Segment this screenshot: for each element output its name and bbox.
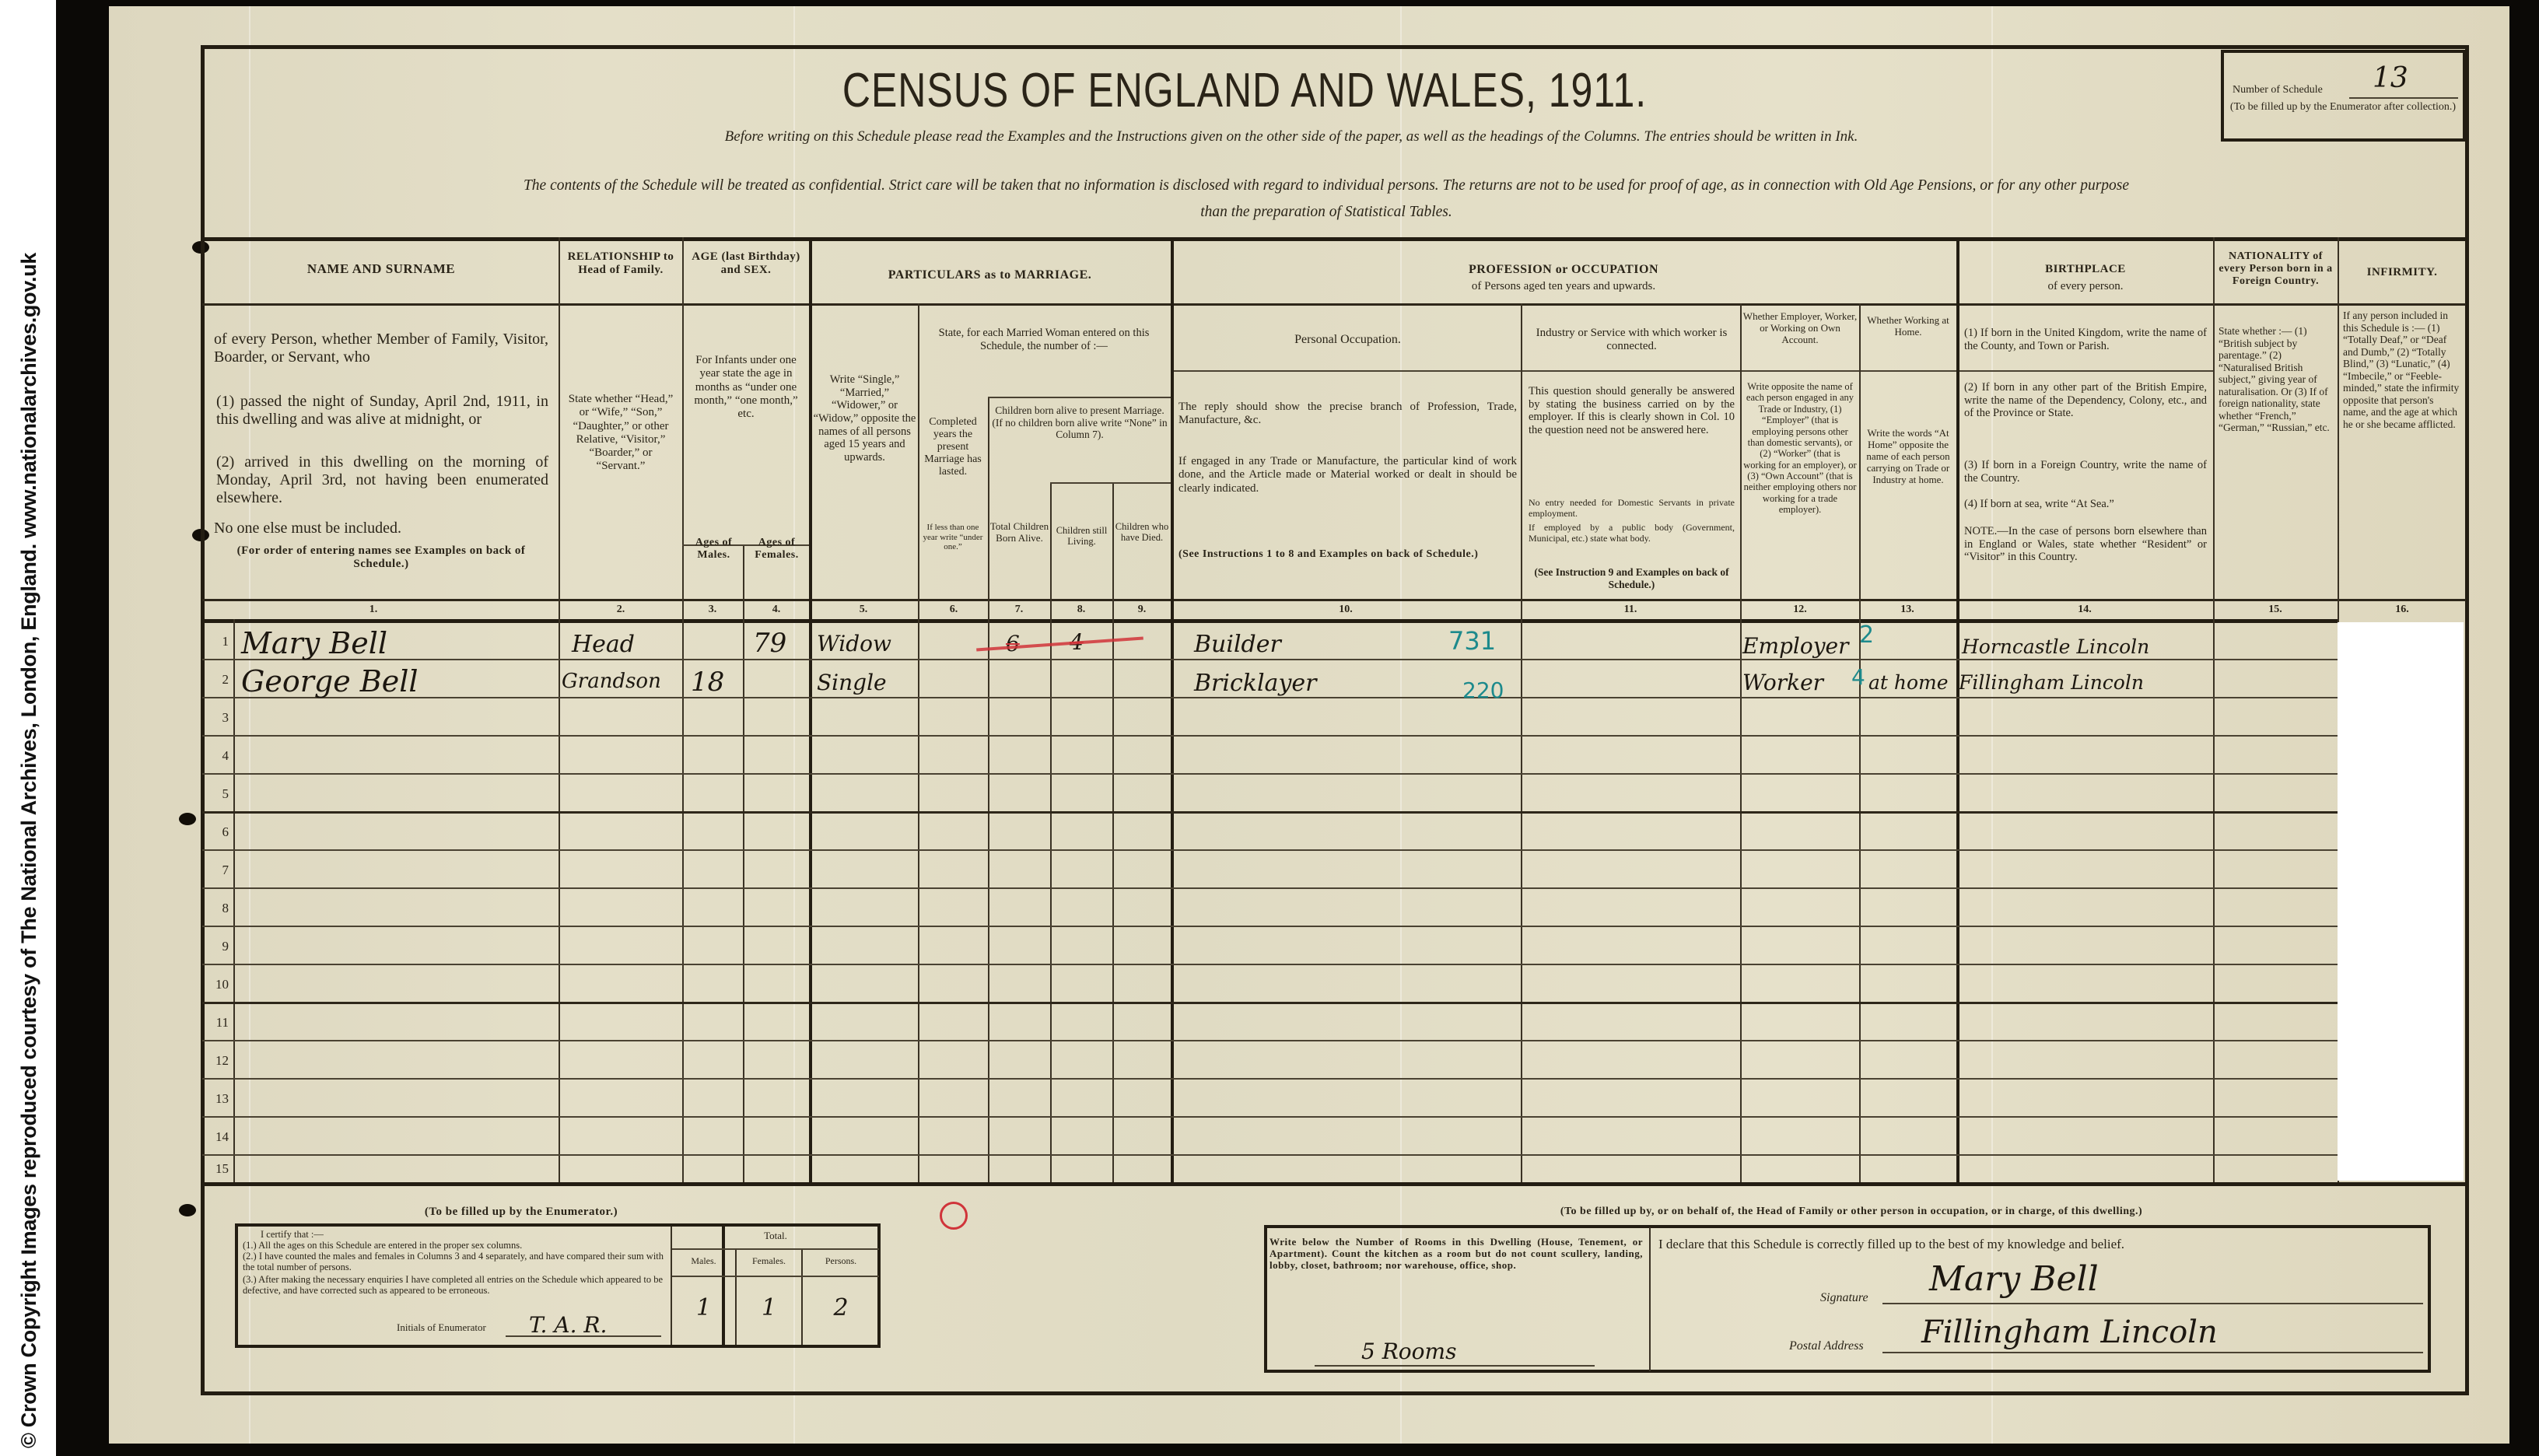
entry-occupation-code: 731 xyxy=(1448,627,1496,656)
entry-birthplace: Fillingham Lincoln xyxy=(1959,672,2144,695)
col-age-males: Ages of Males. xyxy=(685,537,743,562)
col-name-rule-3: No one else must be included. xyxy=(214,520,548,537)
col-name-desc: of every Person, whether Member of Famil… xyxy=(214,331,548,366)
declaration: I declare that this Schedule is correctl… xyxy=(1658,1237,2429,1252)
householder-heading: (To be filled up by, or on behalf of, th… xyxy=(1268,1206,2435,1218)
row-number: 14 xyxy=(204,1129,229,1145)
col-number-15: 15. xyxy=(2260,604,2291,616)
col-birthplace-subtitle: of every person. xyxy=(1960,280,2211,293)
entry-occupation: Builder xyxy=(1194,632,1281,659)
col-number-11: 11. xyxy=(1615,604,1646,616)
entry-children-total-struck: 6 xyxy=(1006,632,1020,656)
instruction-line: Before writing on this Schedule please r… xyxy=(436,128,2147,145)
entry-age-male: 18 xyxy=(691,667,724,698)
col-number-6: 6. xyxy=(938,604,969,616)
row-number: 3 xyxy=(204,710,229,726)
col-relationship-desc: State whether “Head,” or “Wife,” “Son,” … xyxy=(564,393,678,474)
punch-hole xyxy=(179,813,196,825)
enumerator-cert-2: (2.) I have counted the males and female… xyxy=(243,1251,667,1273)
col-name-note: (For order of entering names see Example… xyxy=(210,544,552,572)
enumerator-initials-label: Initials of Enumerator xyxy=(397,1322,486,1334)
entry-employer-code: 2 xyxy=(1859,622,1874,649)
postal-address-label: Postal Address xyxy=(1789,1339,1864,1353)
entry-name: Mary Bell xyxy=(241,627,387,661)
col-married-woman-desc: State, for each Married Woman entered on… xyxy=(919,327,1168,352)
entry-occupation-code: 220 xyxy=(1462,678,1504,703)
copyright-strip: © Crown Copyright Images reproduced cour… xyxy=(0,0,56,1456)
col-employer-desc: Write opposite the name of each person e… xyxy=(1742,381,1858,516)
entry-name: George Bell xyxy=(241,665,418,699)
row-number: 10 xyxy=(204,977,229,992)
row-number: 4 xyxy=(204,748,229,764)
col-infirmity-title: INFIRMITY. xyxy=(2340,266,2464,279)
col-number-2: 2. xyxy=(605,604,636,616)
enumerator-heading: (To be filled up by the Enumerator.) xyxy=(233,1206,809,1219)
confidential-notice-2: than the preparation of Statistical Tabl… xyxy=(222,204,2431,221)
enumerator-cert-1: (1.) All the ages on this Schedule are e… xyxy=(243,1240,667,1251)
col-occupation-title: PROFESSION or OCCUPATION xyxy=(1175,263,1952,277)
col-nationality-title: NATIONALITY of every Person born in a Fo… xyxy=(2215,250,2336,288)
entry-age-female: 79 xyxy=(753,628,786,659)
entry-employer-status: Employer xyxy=(1742,634,1849,659)
confidential-notice: The contents of the Schedule will be tre… xyxy=(222,177,2431,194)
persons-label: Persons. xyxy=(803,1256,879,1267)
col-at-home: Whether Working at Home. xyxy=(1861,315,1955,338)
schedule-number-note: (To be filled up by the Enumerator after… xyxy=(2226,101,2460,114)
col-number-13: 13. xyxy=(1892,604,1923,616)
col-number-4: 4. xyxy=(761,604,792,616)
col-industry-desc-3: If employed by a public body (Government… xyxy=(1529,523,1735,544)
enumerator-cert-3: (3.) After making the necessary enquirie… xyxy=(243,1274,667,1297)
row-number: 13 xyxy=(204,1091,229,1107)
col-children-died: Children who have Died. xyxy=(1114,521,1170,544)
col-number-8: 8. xyxy=(1066,604,1097,616)
entry-relationship: Head xyxy=(572,632,635,659)
enumerator-initials: T. A. R. xyxy=(529,1313,607,1338)
schedule-number-label: Number of Schedule xyxy=(2233,84,2323,96)
enumerator-certify: I certify that :— xyxy=(261,1229,324,1240)
col-number-9: 9. xyxy=(1126,604,1157,616)
entry-marital-status: Widow xyxy=(817,632,891,656)
entry-employer-code: 4 xyxy=(1851,665,1865,690)
col-number-12: 12. xyxy=(1784,604,1816,616)
entry-employer-status: Worker xyxy=(1742,670,1823,695)
col-age-desc: For Infants under one year state the age… xyxy=(685,354,807,421)
col-number-10: 10. xyxy=(1330,604,1361,616)
col-marriage-title: PARTICULARS as to MARRIAGE. xyxy=(813,268,1167,282)
col-industry-desc-4: (See Instruction 9 and Examples on back … xyxy=(1529,566,1735,590)
redaction-box xyxy=(2338,622,2464,1181)
rooms-count: 5 Rooms xyxy=(1361,1339,1456,1364)
col-birthplace-title: BIRTHPLACE xyxy=(1960,263,2211,276)
postal-address: Fillingham Lincoln xyxy=(1921,1314,2218,1350)
row-number: 5 xyxy=(204,786,229,802)
col-relationship-title: RELATIONSHIP to Head of Family. xyxy=(560,250,681,278)
form-border xyxy=(201,45,2469,1395)
row-number: 8 xyxy=(204,901,229,916)
col-birthplace-rule-1: (1) If born in the United Kingdom, write… xyxy=(1964,327,2207,352)
col-personal-occupation: Personal Occupation. xyxy=(1175,333,1521,347)
entry-at-home: at home xyxy=(1868,672,1949,695)
red-circle-mark xyxy=(940,1202,968,1230)
males-label: Males. xyxy=(672,1256,735,1267)
col-name-rule-1: (1) passed the night of Sunday, April 2n… xyxy=(216,393,548,429)
col-number-7: 7. xyxy=(1003,604,1035,616)
col-name-title: NAME AND SURNAME xyxy=(210,261,552,277)
col-personal-desc-2: If engaged in any Trade or Manufacture, … xyxy=(1178,455,1517,495)
row-number: 15 xyxy=(204,1161,229,1177)
col-number-5: 5. xyxy=(848,604,879,616)
col-birthplace-rule-3: (3) If born in a Foreign Country, write … xyxy=(1964,459,2207,485)
row-number: 2 xyxy=(204,672,229,688)
col-children-living: Children still Living. xyxy=(1052,525,1112,548)
row-number: 9 xyxy=(204,939,229,954)
total-males: 1 xyxy=(672,1295,735,1322)
col-children-desc: Children born alive to present Marriage.… xyxy=(989,404,1170,441)
schedule-number-value: 13 xyxy=(2373,62,2408,94)
entry-relationship: Grandson xyxy=(562,670,661,694)
row-number: 11 xyxy=(204,1015,229,1031)
col-number-3: 3. xyxy=(697,604,728,616)
copyright-notice: © Crown Copyright Images reproduced cour… xyxy=(17,253,41,1448)
col-age-title: AGE (last Birthday) and SEX. xyxy=(685,250,807,278)
col-infirmity-desc: If any person included in this Schedule … xyxy=(2343,310,2461,430)
col-industry-desc-1: This question should generally be answer… xyxy=(1529,385,1735,437)
total-females: 1 xyxy=(737,1295,801,1322)
col-years-married-note: If less than one year write “under one.” xyxy=(919,523,986,552)
col-name-rule-2: (2) arrived in this dwelling on the morn… xyxy=(216,453,548,507)
total-persons: 2 xyxy=(803,1295,879,1322)
col-industry: Industry or Service with which worker is… xyxy=(1525,327,1739,354)
col-occupation-subtitle: of Persons aged ten years and upwards. xyxy=(1175,280,1952,293)
col-birthplace-rule-2: (2) If born in any other part of the Bri… xyxy=(1964,381,2207,420)
col-nationality-desc: State whether :— (1) “British subject by… xyxy=(2219,325,2334,434)
col-personal-desc-3: (See Instructions 1 to 8 and Examples on… xyxy=(1178,548,1517,561)
entry-marital-status: Single xyxy=(817,670,887,695)
col-industry-desc-2: No entry needed for Domestic Servants in… xyxy=(1529,498,1735,520)
row-number: 1 xyxy=(204,634,229,649)
entry-birthplace: Horncastle Lincoln xyxy=(1962,636,2149,659)
col-at-home-desc: Write the words “At Home” opposite the n… xyxy=(1861,428,1955,486)
col-employer: Whether Employer, Worker, or Working on … xyxy=(1742,311,1858,346)
col-personal-desc-1: The reply should show the precise branch… xyxy=(1178,401,1517,428)
rooms-instruction: Write below the Number of Rooms in this … xyxy=(1269,1237,1643,1272)
col-birthplace-rule-4: (4) If born at sea, write “At Sea.” xyxy=(1964,498,2207,511)
col-age-females: Ages of Females. xyxy=(744,537,809,562)
row-number: 7 xyxy=(204,863,229,878)
punch-hole xyxy=(179,1204,196,1216)
total-label: Total. xyxy=(672,1230,879,1242)
females-label: Females. xyxy=(737,1256,801,1267)
col-number-14: 14. xyxy=(2069,604,2100,616)
col-number-1: 1. xyxy=(358,604,389,616)
col-birthplace-note: NOTE.—In the case of persons born elsewh… xyxy=(1964,525,2207,564)
row-number: 12 xyxy=(204,1053,229,1069)
col-marital-status-desc: Write “Single,” “Married,” “Widower,” or… xyxy=(813,373,916,464)
col-years-married: Completed years the present Marriage has… xyxy=(919,416,986,478)
page-title: CENSUS OF ENGLAND AND WALES, 1911. xyxy=(700,63,1789,119)
entry-occupation: Bricklayer xyxy=(1194,670,1317,698)
signature: Mary Bell xyxy=(1929,1260,2099,1300)
col-children-total: Total Children Born Alive. xyxy=(989,521,1049,544)
signature-label: Signature xyxy=(1820,1291,1868,1305)
col-number-16: 16. xyxy=(2387,604,2418,616)
row-number: 6 xyxy=(204,824,229,840)
